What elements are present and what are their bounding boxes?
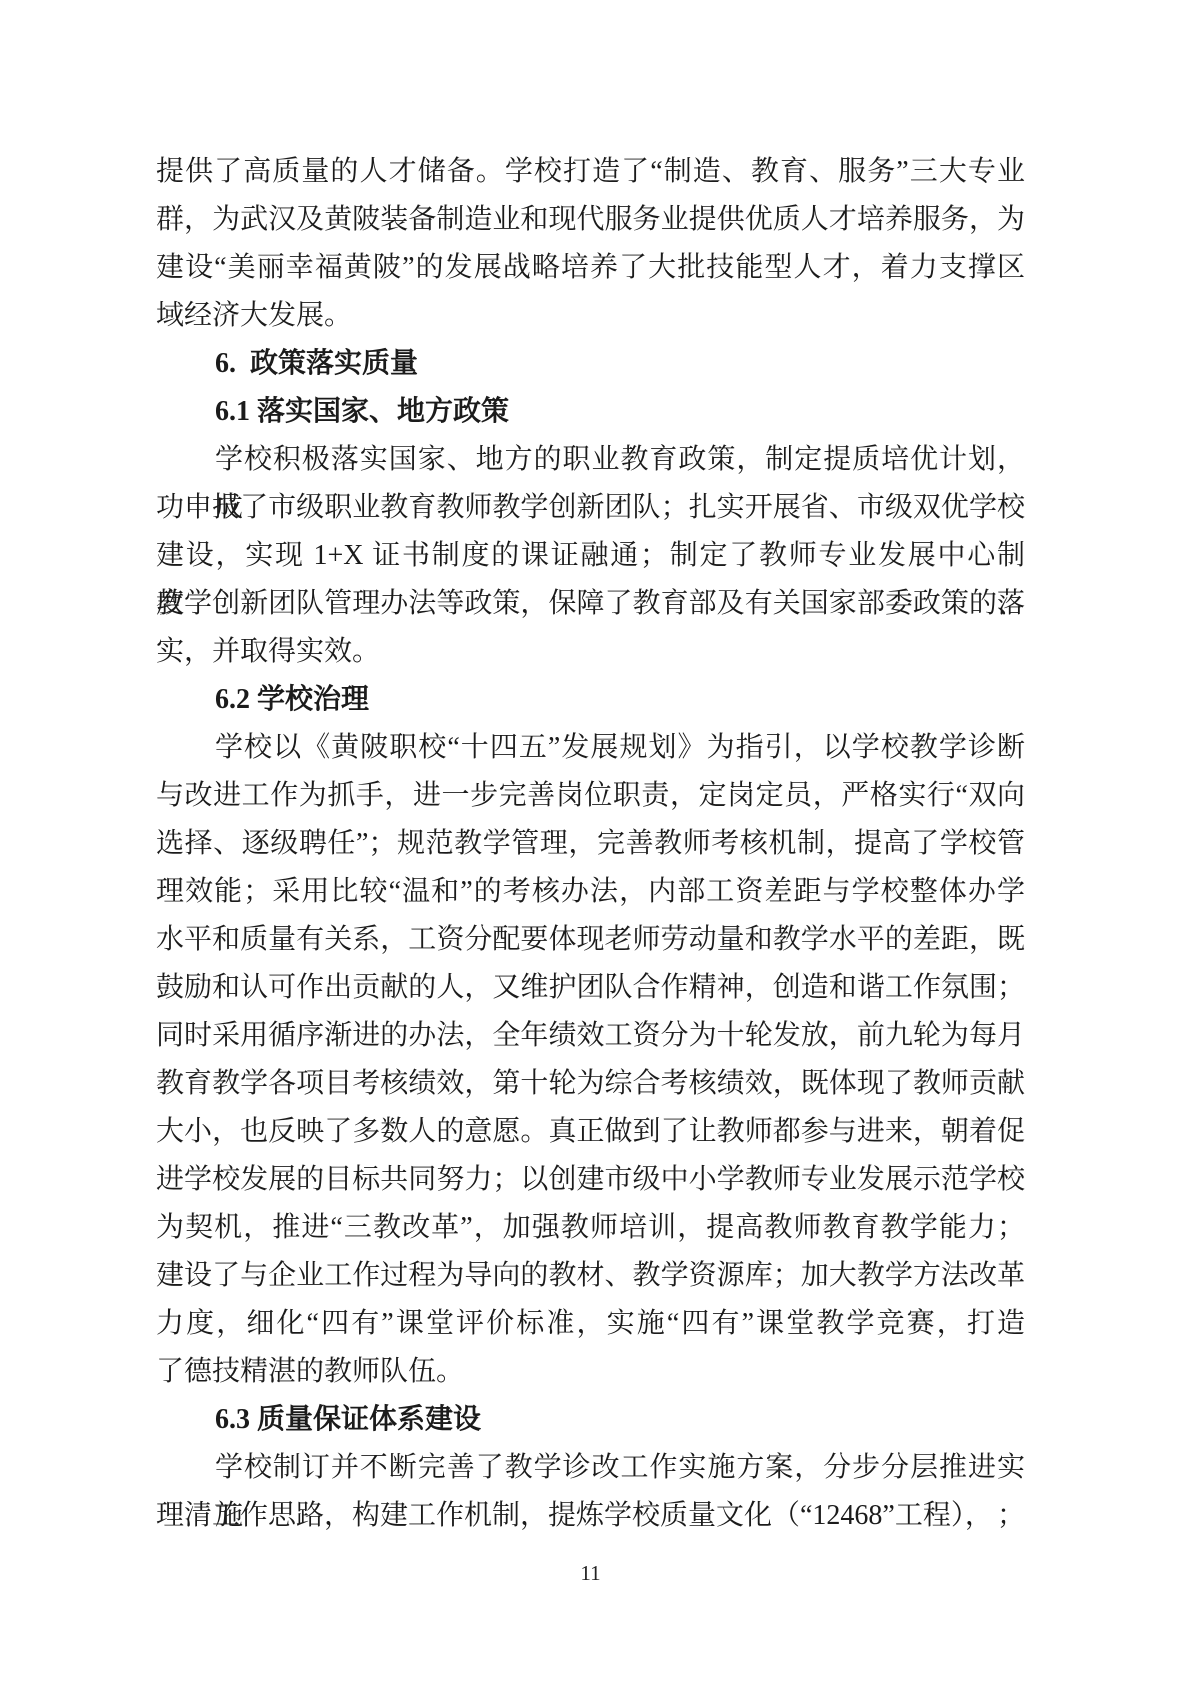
para-6-2-line: 选择、逐级聘任”；规范教学管理，完善教师考核机制，提高了学校管 [156, 820, 1025, 868]
para-6-2-line: 与改进工作为抓手，进一步完善岗位职责，定岗定员，严格实行“双向 [156, 772, 1025, 820]
para-6-2-line: 大小，也反映了多数人的意愿。真正做到了让教师都参与进来，朝着促 [156, 1108, 1025, 1156]
para-continuation-line: 群，为武汉及黄陂装备制造业和现代服务业提供优质人才培养服务，为 [156, 196, 1025, 244]
para-continuation-line: 域经济大发展。 [156, 292, 1025, 340]
para-6-2-line: 水平和质量有关系，工资分配要体现老师劳动量和教学水平的差距，既 [156, 916, 1025, 964]
heading-6: 6. 政策落实质量 [156, 340, 1025, 388]
para-6-2-line: 为契机，推进“三教改革”，加强教师培训，提高教师教育教学能力； [156, 1204, 1025, 1252]
para-6-1-line: 教学创新团队管理办法等政策，保障了教育部及有关国家部委政策的落 [156, 580, 1025, 628]
para-6-1-line: 功申报了市级职业教育教师教学创新团队；扎实开展省、市级双优学校 [156, 484, 1025, 532]
para-6-2-line: 理效能；采用比较“温和”的考核办法，内部工资差距与学校整体办学 [156, 868, 1025, 916]
para-6-2-line: 力度，细化“四有”课堂评价标准，实施“四有”课堂教学竞赛，打造 [156, 1300, 1025, 1348]
para-continuation-line: 提供了高质量的人才储备。学校打造了“制造、教育、服务”三大专业 [156, 148, 1025, 196]
document-page: 提供了高质量的人才储备。学校打造了“制造、教育、服务”三大专业群，为武汉及黄陂装… [0, 0, 1189, 1681]
para-6-3-line: 理清工作思路，构建工作机制，提炼学校质量文化（“12468”工程）， [156, 1492, 1025, 1540]
heading-6-2: 6.2 学校治理 [156, 676, 1025, 724]
text-block: 提供了高质量的人才储备。学校打造了“制造、教育、服务”三大专业群，为武汉及黄陂装… [156, 148, 1025, 1540]
para-6-3-line: 学校制订并不断完善了教学诊改工作实施方案，分步分层推进实施； [156, 1444, 1025, 1492]
para-continuation-line: 建设“美丽幸福黄陂”的发展战略培养了大批技能型人才，着力支撑区 [156, 244, 1025, 292]
heading-6-3: 6.3 质量保证体系建设 [156, 1396, 1025, 1444]
para-6-2-line: 鼓励和认可作出贡献的人，又维护团队合作精神，创造和谐工作氛围； [156, 964, 1025, 1012]
heading-6-1: 6.1 落实国家、地方政策 [156, 388, 1025, 436]
para-6-2-line: 建设了与企业工作过程为导向的教材、教学资源库；加大教学方法改革 [156, 1252, 1025, 1300]
page-number: 11 [156, 1558, 1025, 1588]
para-6-1-line: 实，并取得实效。 [156, 628, 1025, 676]
para-6-2-line: 了德技精湛的教师队伍。 [156, 1348, 1025, 1396]
para-6-1-line: 学校积极落实国家、地方的职业教育政策，制定提质培优计划，成 [156, 436, 1025, 484]
para-6-2-line: 教育教学各项目考核绩效，第十轮为综合考核绩效，既体现了教师贡献 [156, 1060, 1025, 1108]
para-6-1-line: 建设，实现 1+X 证书制度的课证融通；制定了教师专业发展中心制度、 [156, 532, 1025, 580]
para-6-2-line: 进学校发展的目标共同努力；以创建市级中小学教师专业发展示范学校 [156, 1156, 1025, 1204]
para-6-2-line: 学校以《黄陂职校“十四五”发展规划》为指引，以学校教学诊断 [156, 724, 1025, 772]
para-6-2-line: 同时采用循序渐进的办法，全年绩效工资分为十轮发放，前九轮为每月 [156, 1012, 1025, 1060]
